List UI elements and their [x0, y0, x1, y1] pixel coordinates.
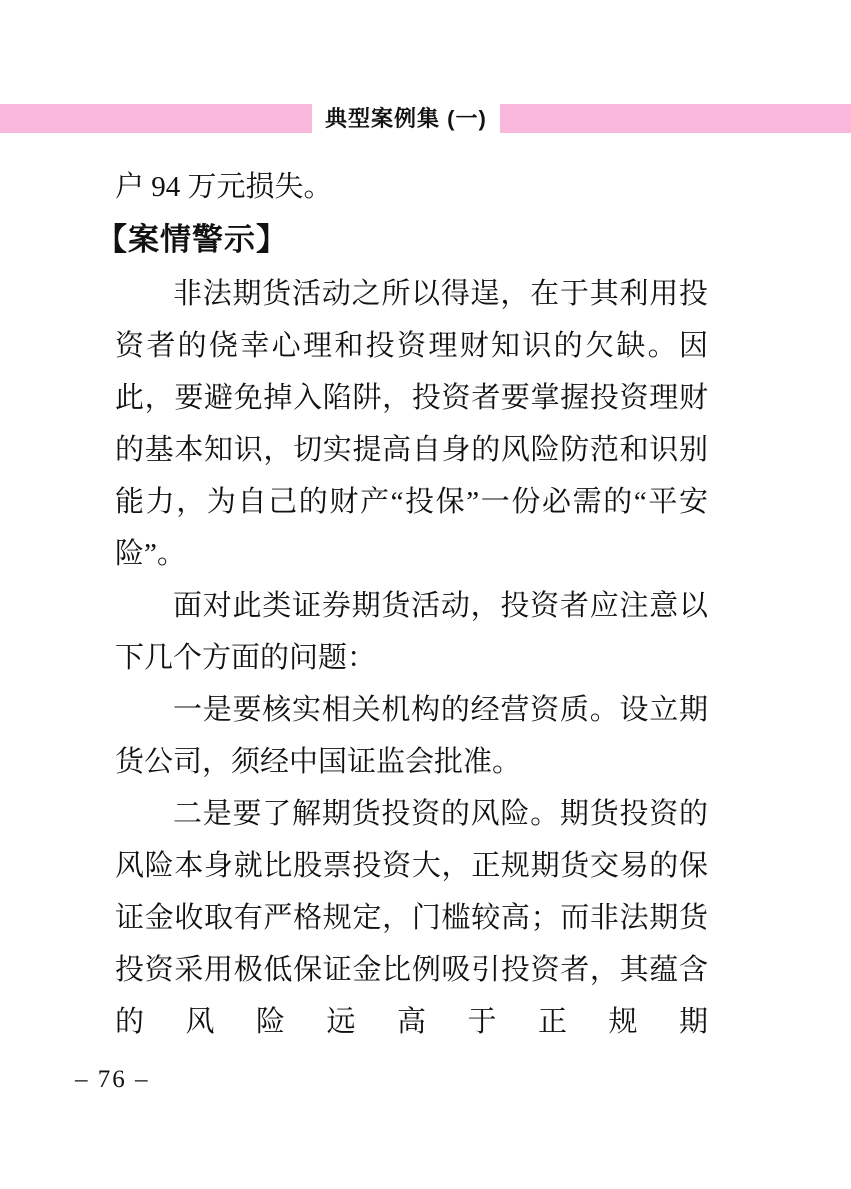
book-page: 典型案例集 (一) 户 94 万元损失。 【案情警示】 非法期货活动之所以得逞，… — [0, 0, 851, 1189]
header-band-left — [0, 104, 312, 133]
section-heading: 【案情警示】 — [96, 212, 708, 268]
paragraph: 二是要了解期货投资的风险。期货投资的风险本身就比股票投资大，正规期货交易的保证金… — [115, 788, 708, 1048]
page-content: 户 94 万元损失。 【案情警示】 非法期货活动之所以得逞，在于其利用投资者的侥… — [115, 162, 708, 1048]
page-number: – 76 – — [75, 1066, 150, 1094]
paragraph: 面对此类证券期货活动，投资者应注意以下几个方面的问题： — [115, 580, 708, 684]
running-header: 典型案例集 (一) — [0, 104, 851, 133]
paragraph: 非法期货活动之所以得逞，在于其利用投资者的侥幸心理和投资理财知识的欠缺。因此，要… — [115, 268, 708, 580]
paragraph-continuation: 户 94 万元损失。 — [115, 162, 708, 212]
header-band-right — [500, 104, 851, 133]
paragraph: 一是要核实相关机构的经营资质。设立期货公司，须经中国证监会批准。 — [115, 684, 708, 788]
header-title: 典型案例集 (一) — [312, 104, 500, 133]
